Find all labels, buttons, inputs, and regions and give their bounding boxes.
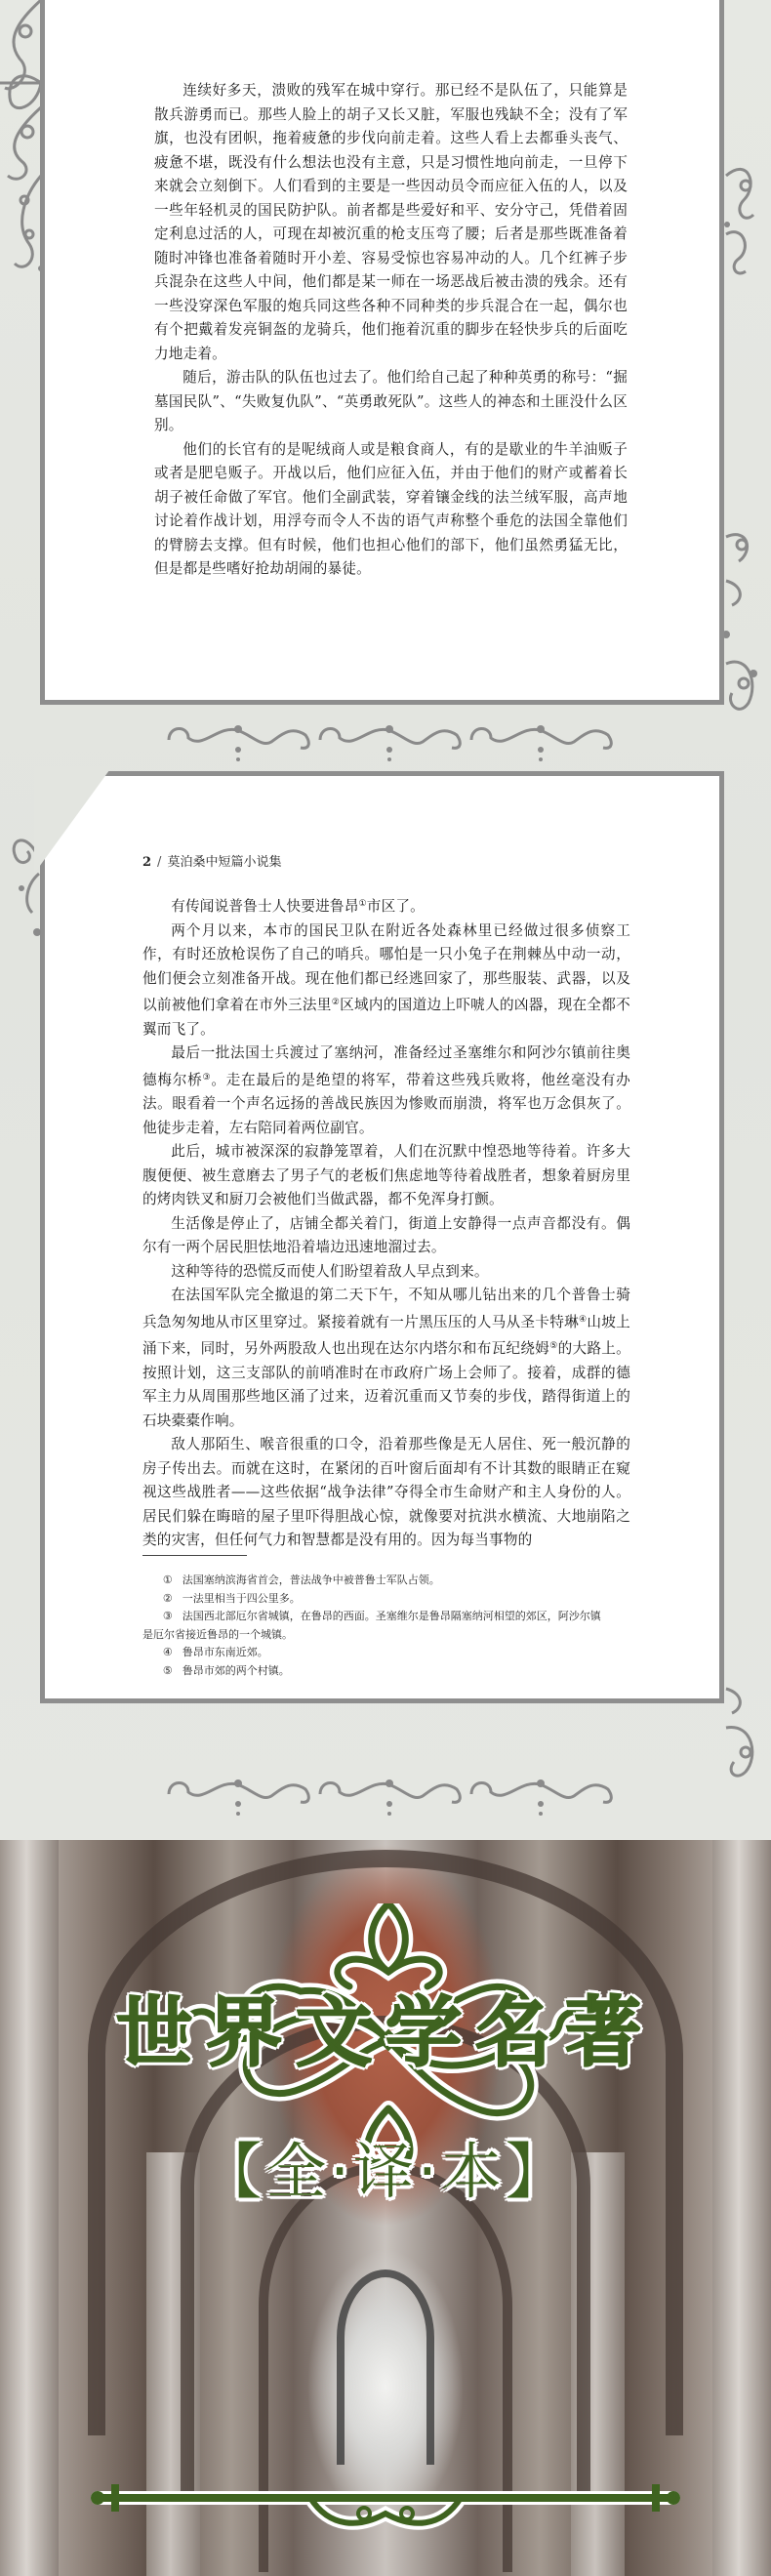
footnote-ref[interactable]: ③ [202,1073,211,1083]
book-title: 莫泊桑中短篇小说集 [167,855,281,870]
page-number: 2 [142,855,151,870]
paragraph: 这种等待的恐慌反而使人们盼望着敌人早点到来。 [142,1260,630,1285]
paragraph: 有传闻说普鲁士人快要进鲁昂①市区了。 [142,892,630,920]
page-1-body: 连续好多天，溃败的残军在城中穿行。那已经不是队伍了，只能算是散兵游勇而已。那些人… [154,79,628,582]
cover-banner: 世界文学名著 【全·译·本】 [0,1840,771,2576]
paragraph: 两个月以来，本市的国民卫队在附近各处森林里已经做过很多侦察工作，有时还放枪误伤了… [142,920,630,1043]
paragraph: 在法国军队完全撤退的第二天下午，不知从哪儿钻出来的几个普鲁士骑兵急匆匆地从市区里… [142,1284,630,1433]
right-swirl-ornament-icon [724,156,771,293]
paragraph: 连续好多天，溃败的残军在城中穿行。那已经不是队伍了，只能算是散兵游勇而已。那些人… [154,79,628,366]
paragraph: 此后，城市被深深的寂静笼罩着，人们在沉默中惶恐地等待着。许多大腹便便、被生意磨去… [142,1140,630,1212]
footnote-ref[interactable]: ① [359,899,367,909]
decorative-bar-ornament-icon [86,2484,685,2543]
paragraph: 他们的长官有的是呢绒商人或是粮食商人，有的是歇业的牛羊油贩子或者是肥皂贩子。开战… [154,438,628,582]
footnote: ⑤鲁昂市郊的两个村镇。 [142,1662,611,1681]
cover-subtitle: 【全·译·本】 [0,2123,771,2210]
footnote: ④鲁昂市东南近郊。 [142,1644,611,1662]
footnote-separator [142,1555,247,1556]
running-head: 2/莫泊桑中短篇小说集 [142,851,281,870]
paragraph: 生活像是停止了，店铺全都关着门，街道上安静得一点声音都没有。偶尔有一两个居民胆怯… [142,1212,630,1260]
footnote: ③法国西北部厄尔省城镇，在鲁昂的西面。圣塞维尔是鲁昂隔塞纳河相望的郊区，阿沙尔镇… [142,1608,611,1644]
footnote-ref[interactable]: ⑤ [549,1341,557,1351]
paragraph: 最后一批法国士兵渡过了塞纳河，准备经过圣塞维尔和阿沙尔镇前往奥德梅尔桥③。走在最… [142,1042,630,1140]
footnotes: ①法国塞纳滨海省首会，普法战争中被普鲁士军队占领。 ②一法里相当于四公里多。 ③… [142,1572,611,1680]
page-2-body: 有传闻说普鲁士人快要进鲁昂①市区了。 两个月以来，本市的国民卫队在附近各处森林里… [142,892,630,1553]
paragraph: 随后，游击队的队伍也过去了。他们给自己起了种种英勇的称号：“掘墓国民队”、“失败… [154,366,628,438]
paragraph: 敌人那陌生、喉音很重的口令，沿着那些像是无人居住、死一般沉静的房子传出去。而就在… [142,1433,630,1553]
footnote-ref[interactable]: ② [332,998,340,1007]
footnote: ①法国塞纳滨海省首会，普法战争中被普鲁士军队占领。 [142,1572,611,1590]
right-swirl-ornament-icon [724,527,771,722]
right-swirl-ornament-icon [724,1679,771,1786]
scroll-divider-ornament-icon [164,720,613,769]
running-head-separator: / [157,855,161,870]
scroll-divider-ornament-icon [164,1775,613,1823]
archway [337,2269,434,2465]
cover-title: 世界文学名著 [0,1972,771,2081]
footnote: ②一法里相当于四公里多。 [142,1590,611,1609]
page-corner-cut [34,766,112,874]
